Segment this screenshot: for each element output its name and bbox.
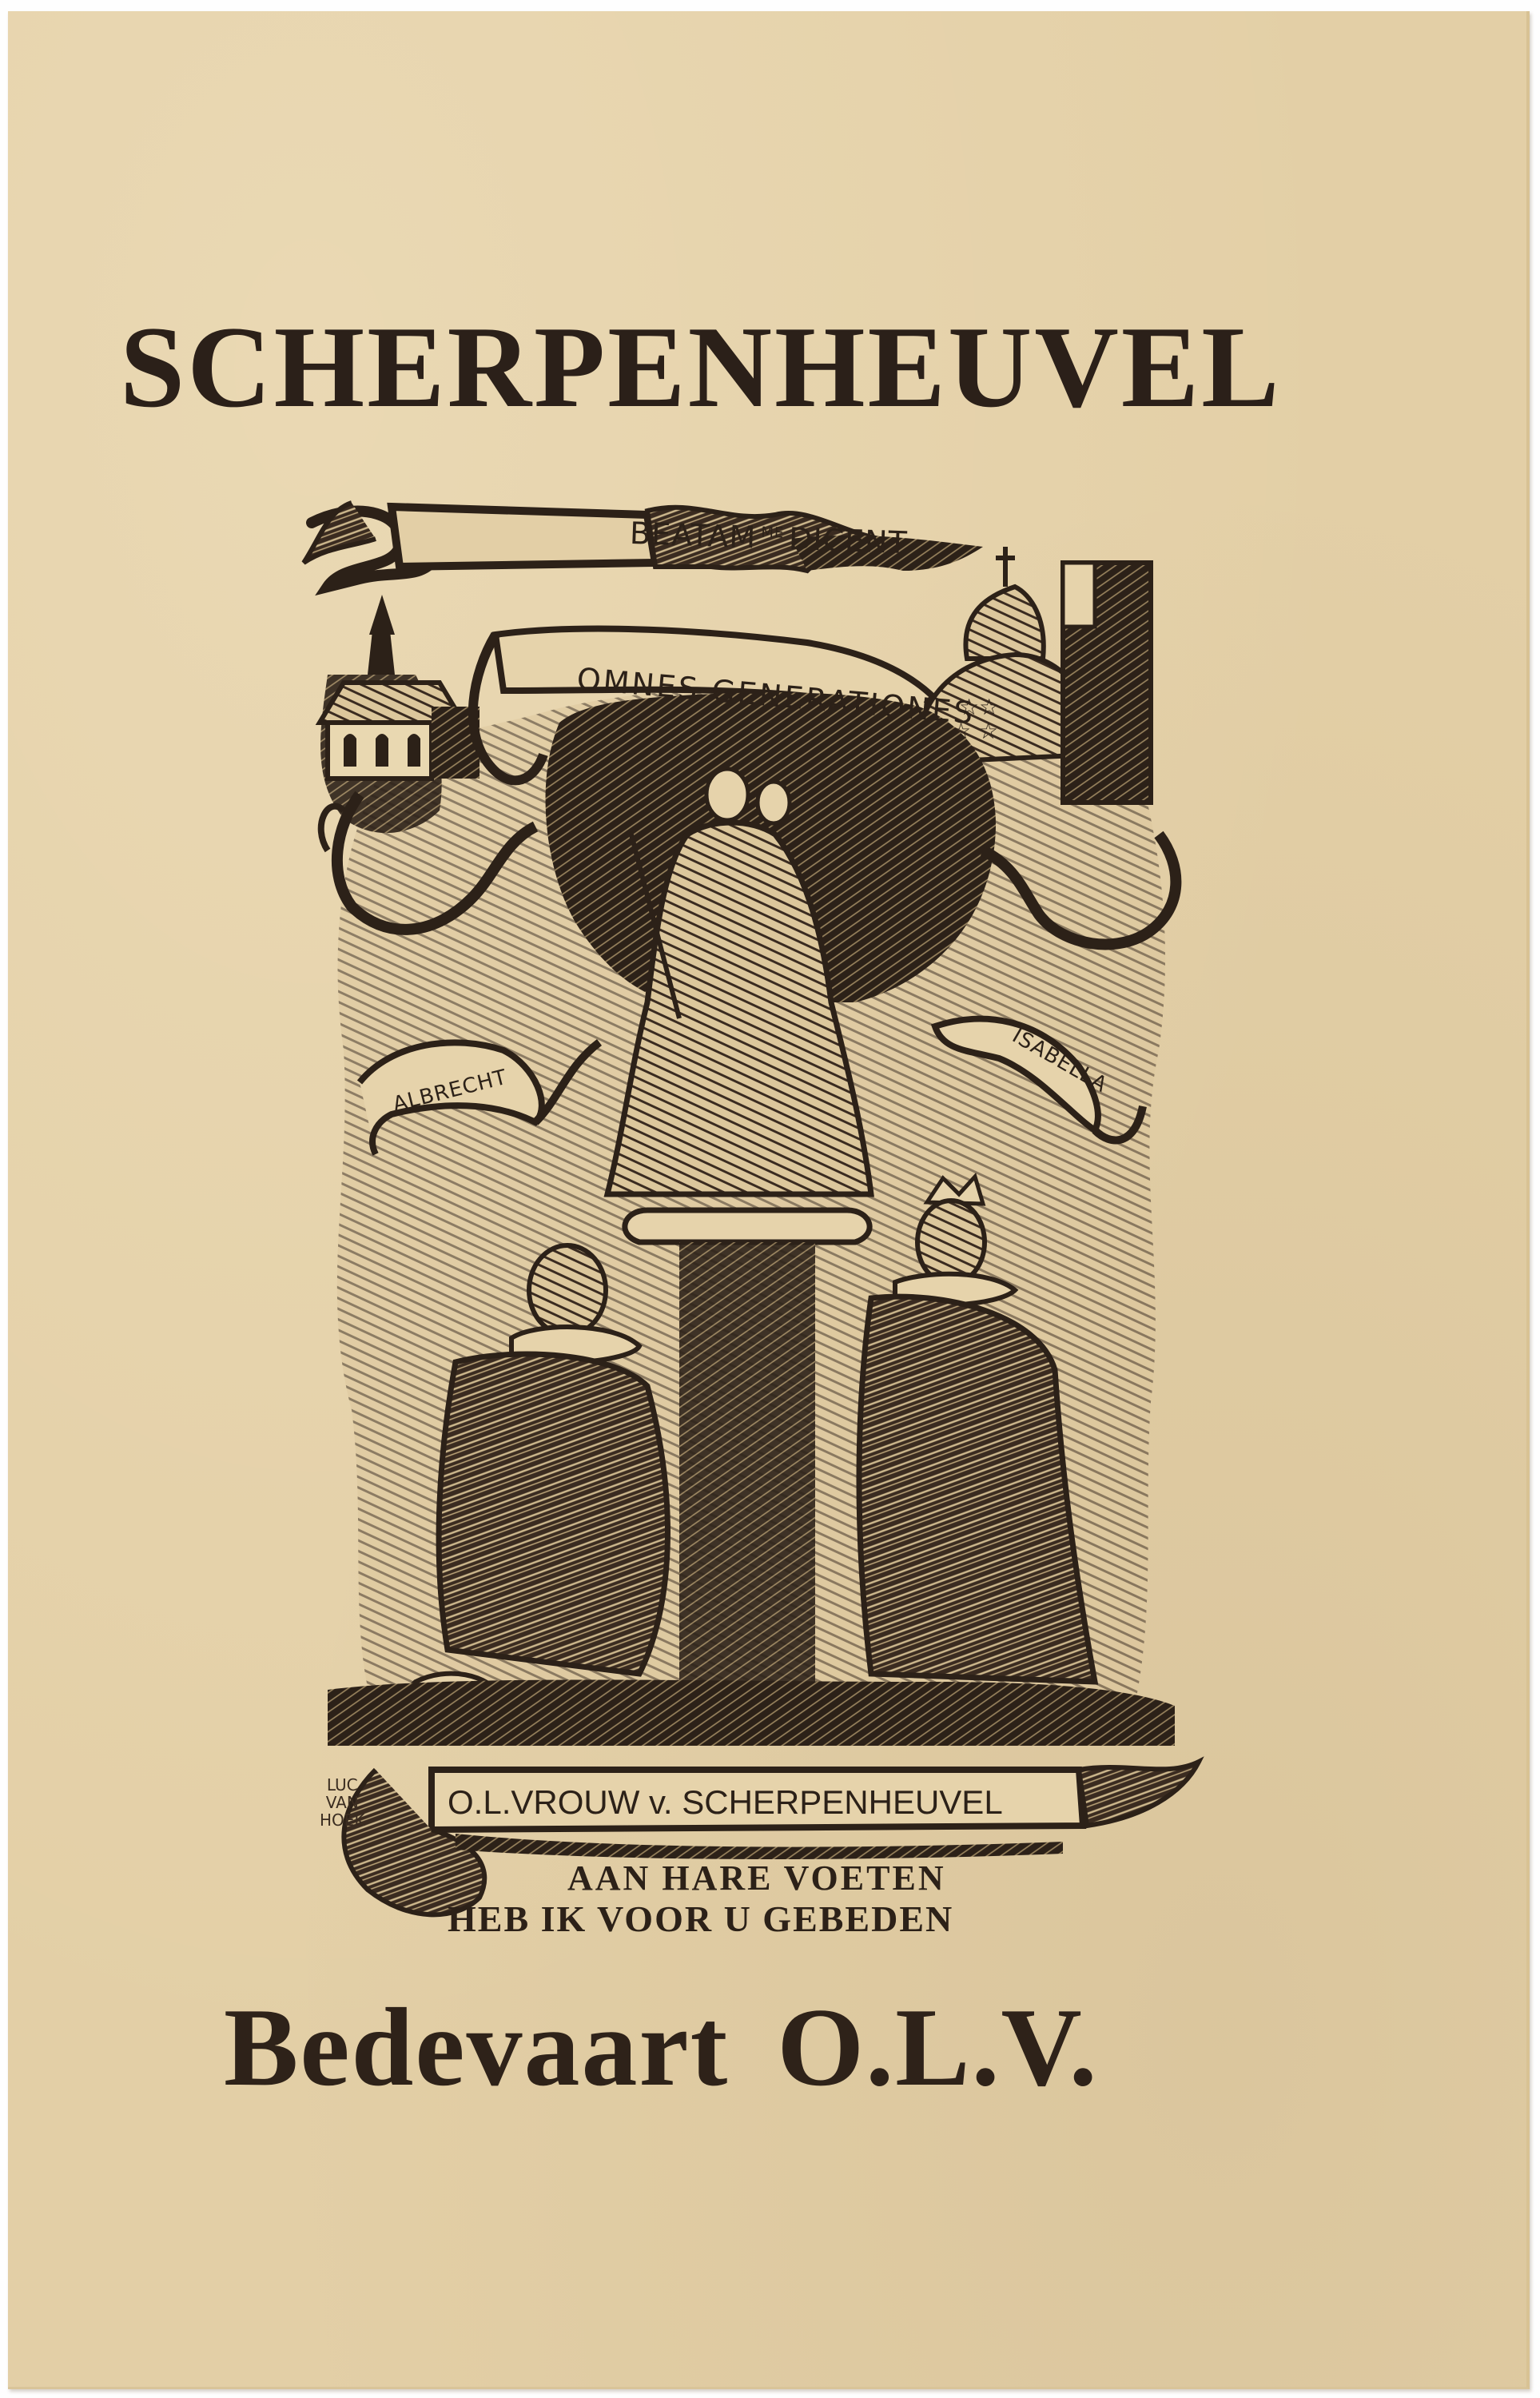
caption-line-2: HEB IK VOOR U GEBEDEN xyxy=(448,1901,953,1938)
ground xyxy=(328,1680,1175,1747)
artist-signature: LUC VAN HOEK xyxy=(320,1776,365,1829)
woodcut-illustration: ☆☆ ☆ ☆ xyxy=(296,491,1215,1946)
banner-word: DICENT xyxy=(788,521,908,560)
signature-line: VAN xyxy=(320,1794,365,1811)
signature-line: HOEK xyxy=(320,1811,365,1829)
booklet-cover: SCHERPENHEUVEL xyxy=(8,11,1530,2389)
cover-subtitle: BedevaartO.L.V. xyxy=(224,1992,1099,2104)
tower-icon xyxy=(1063,563,1151,803)
subtitle-word: Bedevaart xyxy=(224,1986,729,2109)
banner-word: BEATAM xyxy=(629,516,757,555)
subtitle-abbreviation: O.L.V. xyxy=(777,1986,1098,2109)
cover-title: SCHERPENHEUVEL xyxy=(8,309,1526,425)
signature-line: LUC xyxy=(320,1776,365,1794)
caption-line-1: AAN HARE VOETEN xyxy=(567,1861,946,1896)
banner-small-word: ME xyxy=(761,524,785,542)
banner-olv-scherpenheuvel: O.L.VROUW v. SCHERPENHEUVEL xyxy=(448,1786,1003,1819)
banner-beatam: BEATAMMEDICENT xyxy=(629,518,908,558)
